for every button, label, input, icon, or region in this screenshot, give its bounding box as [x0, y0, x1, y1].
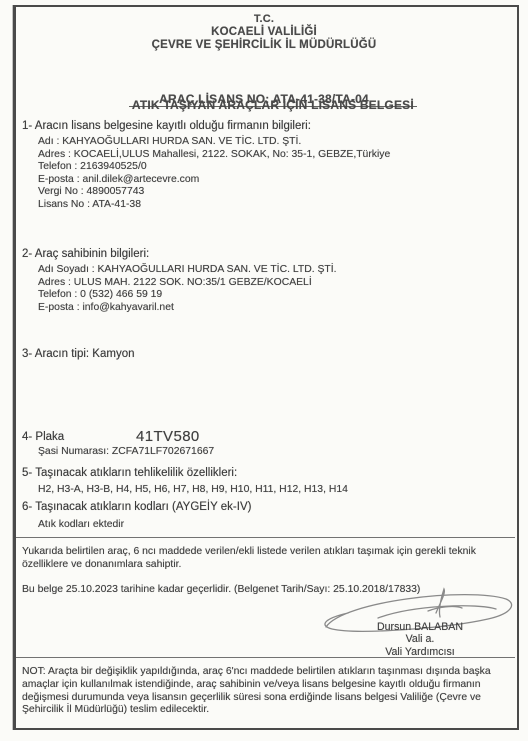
section3-heading: 3- Aracın tipi: Kamyon [22, 348, 135, 360]
section1-company-name: Adı : KAHYAOĞULLARI HURDA SAN. VE TİC. L… [38, 136, 301, 149]
section1-heading: 1- Aracın lisans belgesine kayıtlı olduğ… [22, 120, 311, 132]
section2-owner-name: Adı Soyadı : KAHYAOĞULLARI HURDA SAN. VE… [38, 264, 337, 277]
chassis-number: Şasi Numarası: ZCFA71LF702671667 [38, 446, 214, 457]
section1-company-phone: Telefon : 2163940525/0 [38, 161, 147, 174]
section1-company-address: Adres : KOCAELİ,ULUS Mahallesi, 2122. SO… [38, 149, 390, 162]
section1-tax-no: Vergi No : 4890057743 [38, 186, 144, 199]
plate-number: 41TV580 [136, 428, 200, 445]
signatory-name: Dursun BALABAN [348, 621, 492, 633]
footnote: NOT: Araçta bir değişiklik yapıldığında,… [22, 666, 514, 717]
section4-heading: 4- Plaka [22, 431, 64, 443]
compliance-statement: Yukarıda belirtilen araç, 6 ncı maddede … [22, 546, 514, 571]
section6-heading: 6- Taşınacak atıkların kodları (AYGEİY e… [22, 501, 251, 513]
section1-license-no: Lisans No : ATA-41-38 [38, 199, 141, 212]
divider-line-top [16, 537, 515, 538]
section2-heading: 2- Araç sahibinin bilgileri: [22, 248, 149, 260]
vehicle-license-no: ARAÇ LİSANS NO: ATA-41-38/TA-04 [14, 92, 514, 106]
section2-owner-phone: Telefon : 0 (532) 466 59 19 [38, 289, 162, 302]
waste-codes-note: Atık kodları ektedir [38, 519, 124, 530]
letterhead-directorate: ÇEVRE VE ŞEHİRCİLİK İL MÜDÜRLÜĞÜ [14, 39, 514, 51]
signatory-block: Dursun BALABAN Vali a. Vali Yardımcısı [348, 621, 492, 658]
letterhead-authority: KOCAELİ VALİLİĞİ [14, 26, 514, 38]
section1-company-email: E-posta : anil.dilek@artecevre.com [38, 174, 199, 187]
divider-line-bottom [16, 657, 515, 658]
letterhead-tc: T.C. [14, 13, 514, 25]
hazard-codes: H2, H3-A, H3-B, H4, H5, H6, H7, H8, H9, … [38, 484, 348, 495]
section2-owner-email: E-posta : info@kahyavaril.net [38, 302, 174, 315]
signatory-title-1: Vali a. [348, 633, 492, 645]
license-document: T.C. KOCAELİ VALİLİĞİ ÇEVRE VE ŞEHİRCİLİ… [0, 0, 528, 741]
section5-heading: 5- Taşınacak atıkların tehlikelilik özel… [22, 467, 237, 479]
section2-owner-address: Adres : ULUS MAH. 2122 SOK. NO:35/1 GEBZ… [38, 277, 312, 290]
